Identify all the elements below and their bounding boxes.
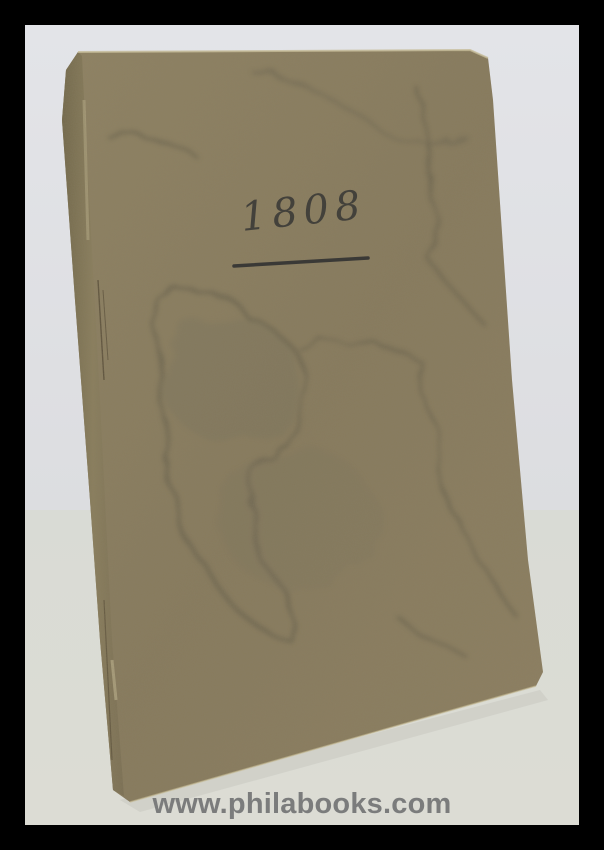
watermark-text: www.philabooks.com bbox=[0, 787, 604, 821]
product-photo: 1808 bbox=[25, 25, 579, 825]
cover-inscription: 1808 bbox=[233, 195, 373, 275]
book bbox=[25, 25, 579, 825]
